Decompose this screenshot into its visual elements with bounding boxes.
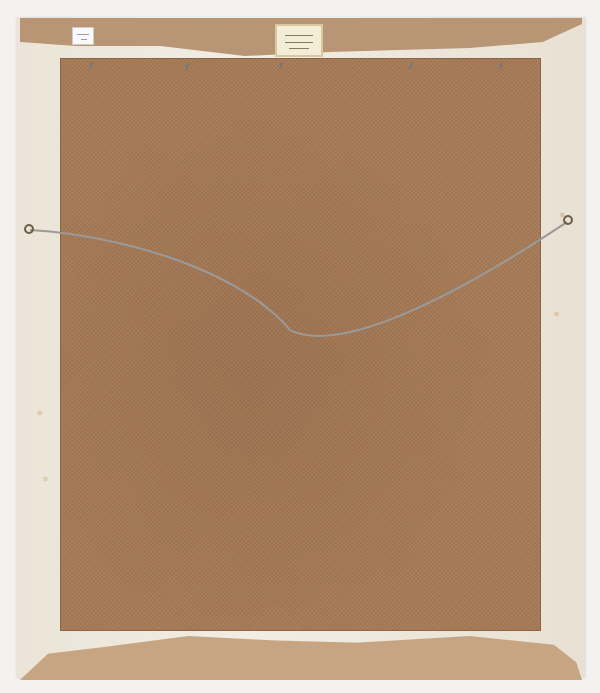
- hanging-wire[interactable]: [0, 0, 600, 693]
- screw-eye-left: [24, 224, 34, 234]
- screw-eye-right: [563, 215, 573, 225]
